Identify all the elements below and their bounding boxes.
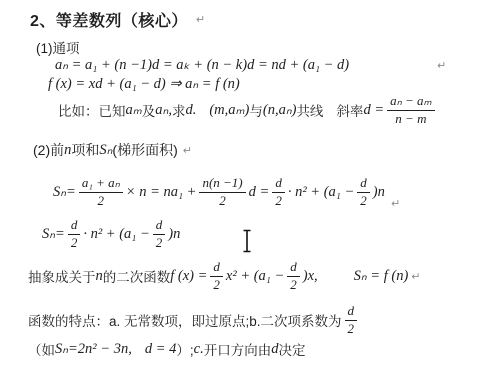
title-text: 2、等差数列（核心） xyxy=(30,8,188,31)
example2-cn3: 开口方向由 xyxy=(204,339,272,359)
fraction-numerator: d xyxy=(68,218,81,235)
paragraph-mark-icon: ↵ xyxy=(391,198,400,209)
page-title: 2、等差数列（核心） ↵ xyxy=(30,8,206,31)
document-page[interactable]: 2、等差数列（核心） ↵ (1)通项 aₙ = a₁ + (n −1)d = a… xyxy=(0,0,498,380)
slope-equals: d = xyxy=(363,102,384,119)
paragraph-mark-icon: ↵ xyxy=(437,60,446,71)
fraction-numerator: d xyxy=(272,176,285,193)
formula-function: f (x) = xd + (a₁ − d) ⇒ aₙ = f (n) xyxy=(48,75,240,93)
sum-lhs: Sₙ= xyxy=(53,184,76,201)
fraction-denominator: 2 xyxy=(98,193,105,209)
abstract-result: Sₙ = f (n) xyxy=(354,268,409,285)
example2-cn4: 决定 xyxy=(278,339,305,359)
fraction-numerator: d xyxy=(153,218,166,235)
heading-part2: 项和 xyxy=(71,140,99,160)
sum-lhs: Sₙ= xyxy=(42,226,65,243)
abstract-function-line: 抽象成关于 n 的二次函数 f (x) = d 2 x² + (a₁ − d 2… xyxy=(28,255,421,297)
features-text: 函数的特点：a. 无常数项，即过原点;b.二次项系数为 xyxy=(28,310,342,330)
fraction-denominator: 2 xyxy=(275,193,282,209)
point-n: (n,aₙ) xyxy=(263,102,297,119)
d-half-fraction: d 2 xyxy=(153,218,166,251)
function-features-line: 函数的特点：a. 无常数项，即过原点;b.二次项系数为 d 2 xyxy=(28,301,360,339)
paragraph-mark-icon: ↵ xyxy=(411,271,420,282)
formula-general-text: aₙ = a₁ + (n −1)d = aₖ + (n − k)d = nd +… xyxy=(55,57,349,74)
fraction-numerator: d xyxy=(287,260,300,277)
d-half-fraction: d 2 xyxy=(345,304,358,337)
example-collinear: 共线 xyxy=(296,100,323,120)
example2-d: d xyxy=(271,341,278,358)
sum-mid1: × n = na₁ + xyxy=(126,184,197,201)
example-with: 与 xyxy=(249,100,263,120)
formula-general-term: aₙ = a₁ + (n −1)d = aₖ + (n − k)d = nd +… xyxy=(55,56,349,74)
paragraph-mark-icon: ↵ xyxy=(196,14,206,25)
abstract-mid: x² + (a₁ − xyxy=(226,268,284,285)
term-d: d. xyxy=(185,102,196,119)
average-fraction: a₁ + aₙ 2 xyxy=(79,176,123,209)
abstract-cn2: 的二次函数 xyxy=(103,266,171,286)
d-half-fraction: d 2 xyxy=(287,260,300,293)
fraction-numerator: aₙ − aₘ xyxy=(387,94,435,111)
sum-mid2: d = xyxy=(249,184,270,201)
concrete-example-line: （如 Sₙ=2n² − 3n, d = 4 ）; c. 开口方向由 d 决定 xyxy=(28,336,305,362)
example-prefix: 比如：已知 xyxy=(58,100,126,120)
sum-tail: )n xyxy=(373,184,385,201)
fraction-numerator: d xyxy=(210,260,223,277)
fraction-denominator: 2 xyxy=(219,193,226,209)
heading-part3: (梯形面积) xyxy=(112,140,177,160)
fraction-denominator: 2 xyxy=(71,235,78,251)
section2-heading: (2)前 n 项和 Sₙ (梯形面积) ↵ xyxy=(33,140,192,160)
section1-heading: (1)通项 xyxy=(36,37,80,57)
slope-label: 斜率 xyxy=(336,100,363,120)
text-cursor-icon xyxy=(241,229,253,253)
d-half-fraction: d 2 xyxy=(68,218,81,251)
term-am: aₘ xyxy=(126,102,142,119)
abstract-cn1: 抽象成关于 xyxy=(28,266,96,286)
fraction-numerator: a₁ + aₙ xyxy=(79,176,123,193)
d-half-fraction: d 2 xyxy=(210,260,223,293)
fraction-numerator: d xyxy=(357,176,370,193)
term-an: aₙ, xyxy=(155,102,172,119)
slope-fraction: aₙ − aₘ n − m xyxy=(387,94,435,127)
sum-formula-expanded: Sₙ= a₁ + aₙ 2 × n = na₁ + n(n −1) 2 d = … xyxy=(53,171,385,213)
abstract-fx: f (x) = xyxy=(170,268,207,285)
sum-mid3: · n² + (a₁ − xyxy=(288,184,354,201)
heading-sn: Sₙ xyxy=(99,142,112,159)
heading-n: n xyxy=(64,142,71,159)
slope-example-line: 比如：已知 aₘ 及 aₙ, 求 d. (m,aₘ) 与 (n,aₙ) 共线 斜… xyxy=(58,93,438,127)
paragraph-mark-icon: ↵ xyxy=(183,145,192,156)
abstract-n: n xyxy=(96,268,103,285)
fraction-denominator: n − m xyxy=(395,111,426,127)
fraction-denominator: 2 xyxy=(156,235,163,251)
fraction-numerator: n(n −1) xyxy=(199,176,245,193)
example2-cn2: ）; xyxy=(176,339,193,359)
abstract-tail: )x, xyxy=(303,268,318,285)
pair-count-fraction: n(n −1) 2 xyxy=(199,176,245,209)
fraction-denominator: 2 xyxy=(213,277,220,293)
heading-part1: (2)前 xyxy=(33,140,64,160)
example-and: 及 xyxy=(142,100,156,120)
d-half-fraction: d 2 xyxy=(357,176,370,209)
d-half-fraction: d 2 xyxy=(272,176,285,209)
fraction-numerator: d xyxy=(345,304,358,321)
example2-sn-formula: Sₙ=2n² − 3n, xyxy=(55,341,132,358)
sum-mid: · n² + (a₁ − xyxy=(83,226,149,243)
example2-c-label: c. xyxy=(194,341,204,358)
formula-function-text: f (x) = xd + (a₁ − d) ⇒ aₙ = f (n) xyxy=(48,76,240,93)
fraction-denominator: 2 xyxy=(290,277,297,293)
sum-tail: )n xyxy=(168,226,180,243)
example2-d-value: d = 4 xyxy=(145,341,177,358)
example2-cn1: （如 xyxy=(28,339,55,359)
sum-formula-compact: Sₙ= d 2 · n² + (a₁ − d 2 )n xyxy=(42,213,180,255)
example-find: 求 xyxy=(172,100,186,120)
fraction-denominator: 2 xyxy=(348,321,355,337)
fraction-denominator: 2 xyxy=(360,193,367,209)
point-m: (m,aₘ) xyxy=(209,102,249,119)
